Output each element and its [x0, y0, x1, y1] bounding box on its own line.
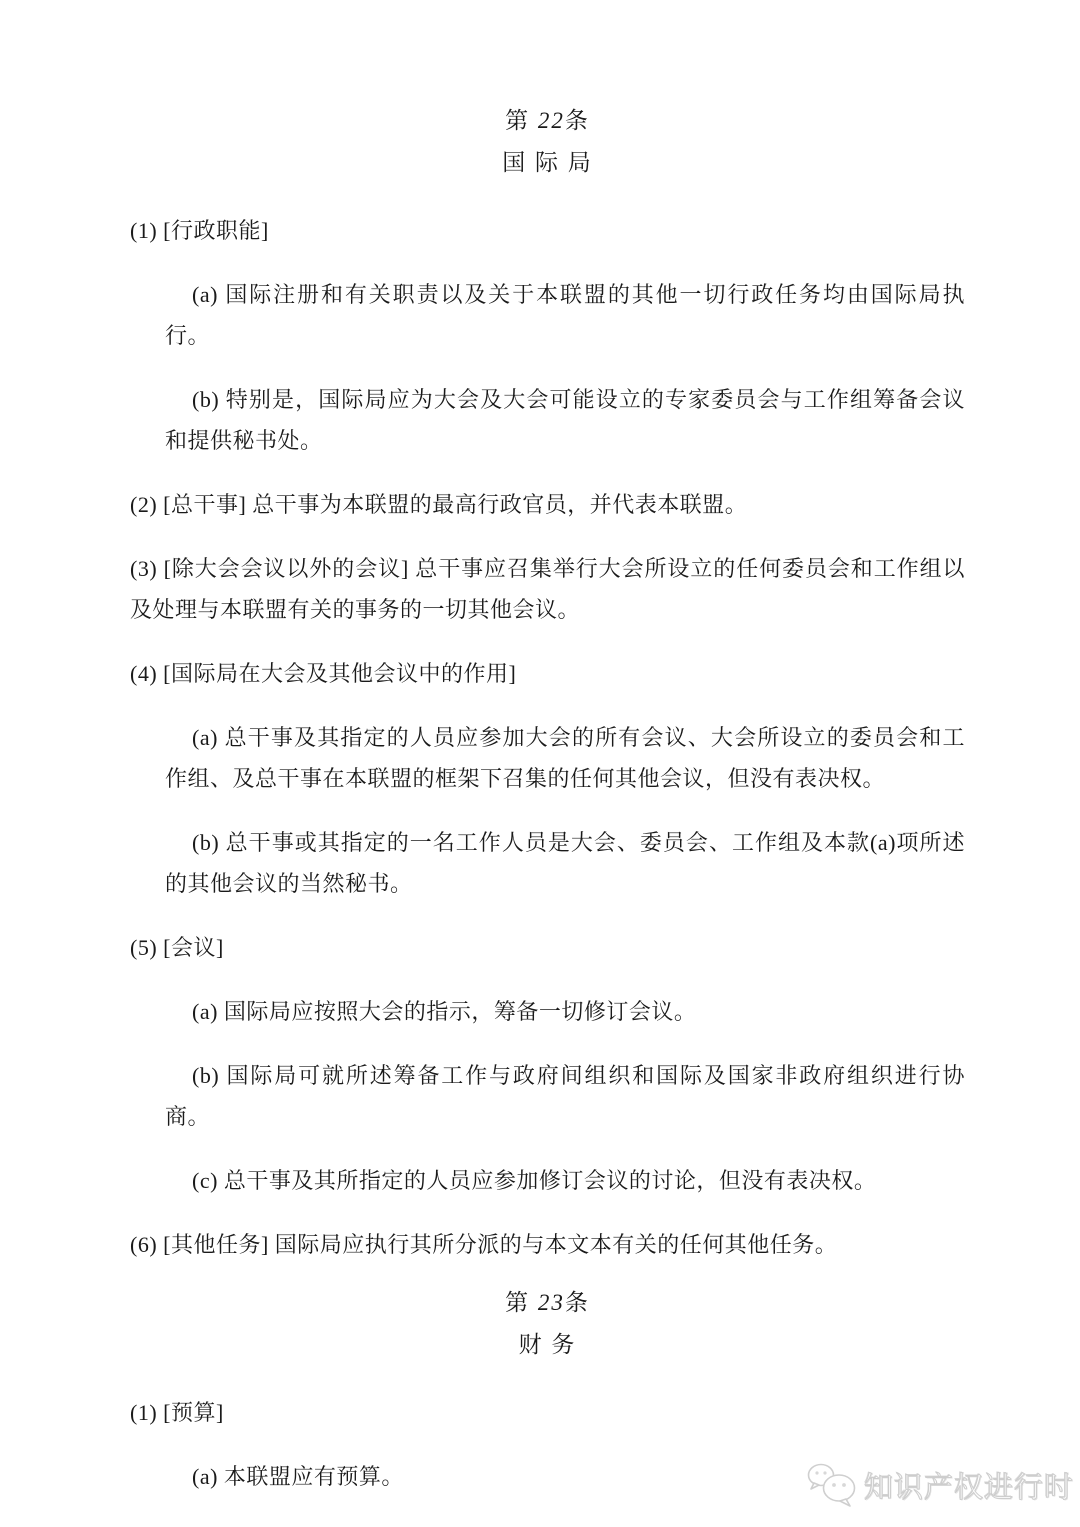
article-23-title: 财 务: [130, 1330, 965, 1360]
article-number-prefix: 第: [505, 108, 538, 133]
paragraph-4: (4) [国际局在大会及其他会议中的作用]: [130, 653, 965, 694]
subparagraph-4a: (a) 总干事及其指定的人员应参加大会的所有会议、大会所设立的委员会和工作组、及…: [165, 717, 965, 799]
article-number-suffix: 条: [565, 108, 590, 133]
article-22-title: 国 际 局: [130, 148, 965, 178]
subparagraph-5b: (b) 国际局可就所述筹备工作与政府间组织和国际及国家非政府组织进行协商。: [165, 1055, 965, 1137]
subparagraph-4b: (b) 总干事或其指定的一名工作人员是大会、委员会、工作组及本款(a)项所述的其…: [165, 822, 965, 904]
watermark-label: 知识产权进行时: [864, 1465, 1074, 1506]
article-number: 23: [538, 1290, 565, 1315]
paragraph-2: (2) [总干事] 总干事为本联盟的最高行政官员，并代表本联盟。: [130, 484, 965, 525]
document-page: 第 22条 国 际 局 (1) [行政职能] (a) 国际注册和有关职责以及关于…: [0, 0, 1080, 1527]
article-22-heading: 第 22条: [130, 106, 965, 136]
subparagraph-1b: (b) 特别是，国际局应为大会及大会可能设立的专家委员会与工作组筹备会议和提供秘…: [165, 379, 965, 461]
wechat-icon: [806, 1462, 858, 1508]
paragraph-6: (6) [其他任务] 国际局应执行其所分派的与本文本有关的任何其他任务。: [130, 1224, 965, 1265]
subparagraph-1a: (a) 国际注册和有关职责以及关于本联盟的其他一切行政任务均由国际局执行。: [165, 274, 965, 356]
paragraph-1: (1) [行政职能]: [130, 210, 965, 251]
article-number-prefix: 第: [505, 1290, 538, 1315]
paragraph-23-1: (1) [预算]: [130, 1392, 965, 1433]
paragraph-5: (5) [会议]: [130, 927, 965, 968]
article-number-suffix: 条: [565, 1290, 590, 1315]
article-23-heading: 第 23条: [130, 1288, 965, 1318]
paragraph-3: (3) [除大会会议以外的会议] 总干事应召集举行大会所设立的任何委员会和工作组…: [130, 548, 965, 630]
subparagraph-5c: (c) 总干事及其所指定的人员应参加修订会议的讨论，但没有表决权。: [165, 1160, 965, 1201]
subparagraph-5a: (a) 国际局应按照大会的指示，筹备一切修订会议。: [165, 991, 965, 1032]
wechat-watermark: 知识产权进行时: [806, 1458, 1066, 1512]
article-number: 22: [538, 108, 565, 133]
